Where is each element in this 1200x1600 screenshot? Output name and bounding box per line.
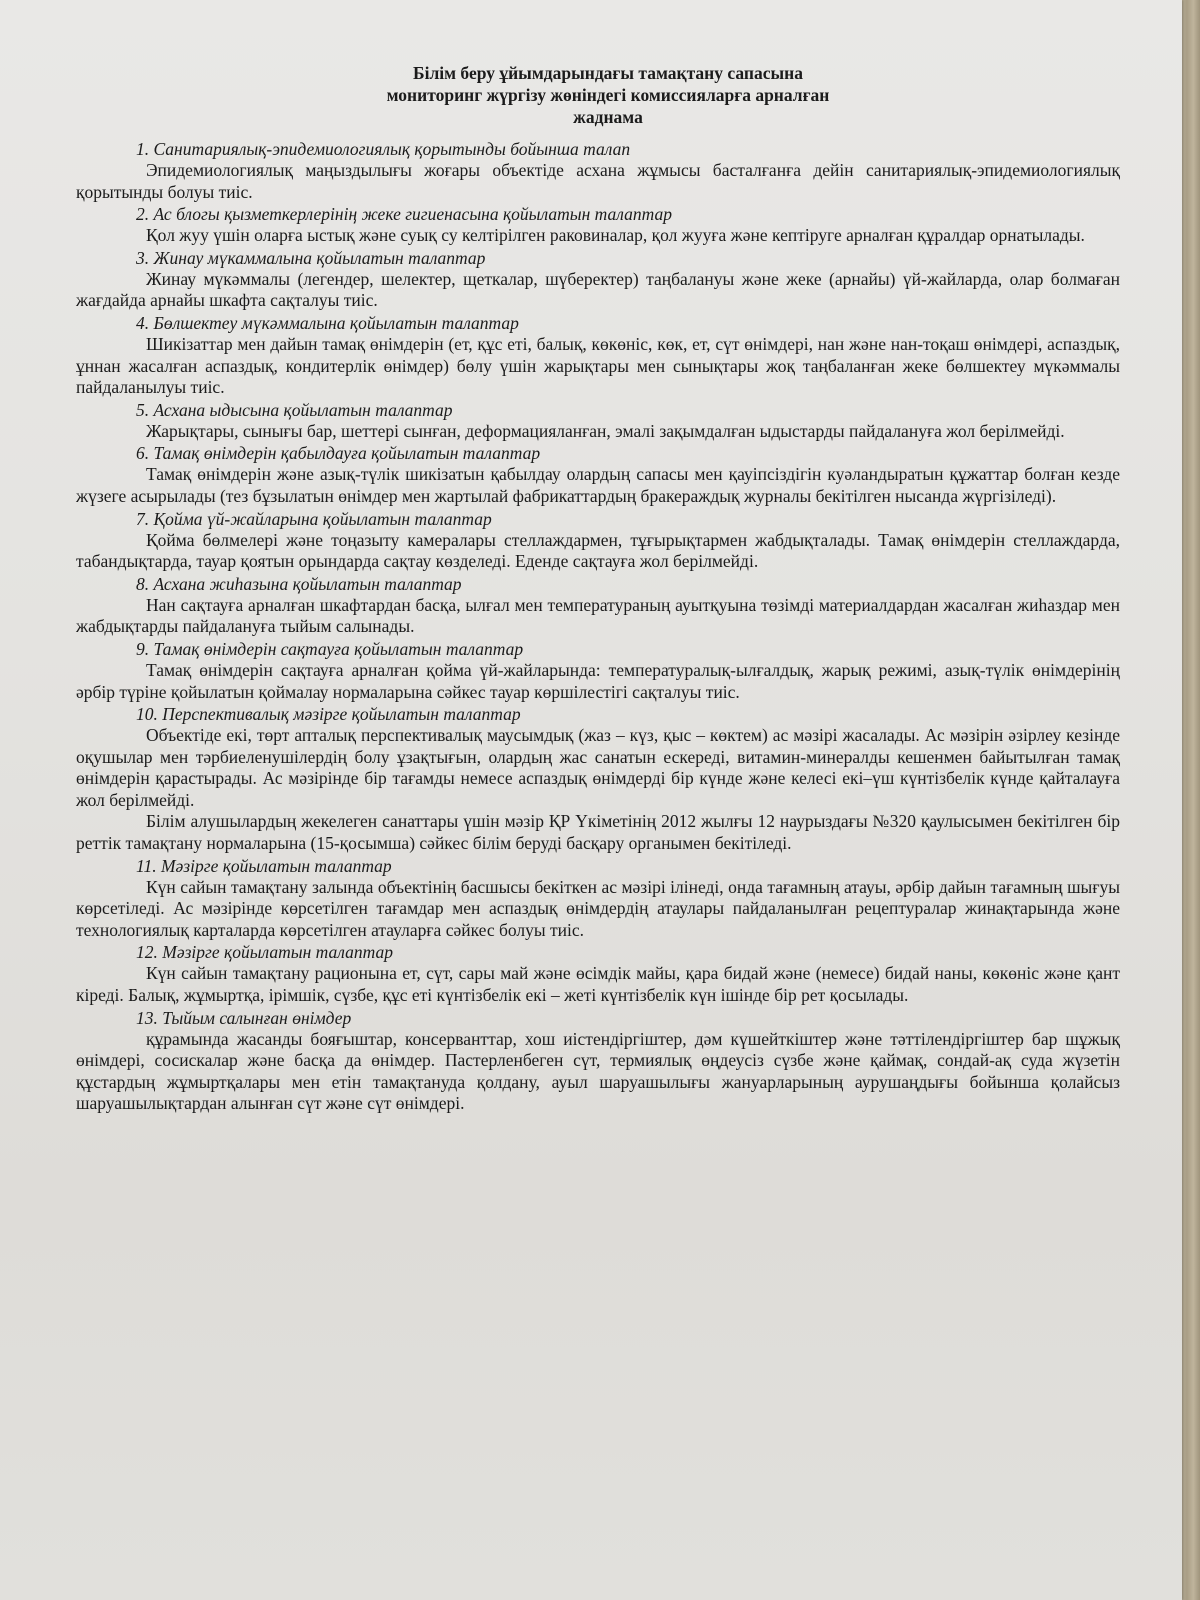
section-heading: 6. Тамақ өнімдерін қабылдауға қойылатын … (76, 442, 1120, 464)
section-11: 11. Мәзірге қойылатын талаптарКүн сайын … (76, 855, 1120, 942)
section-heading: 7. Қойма үй-жайларына қойылатын талаптар (76, 508, 1120, 530)
section-paragraph: Тамақ өнімдерін және азық-түлік шикізаты… (76, 464, 1120, 507)
section-3: 3. Жинау мүкаммалына қойылатын талаптарЖ… (76, 247, 1120, 312)
section-heading: 3. Жинау мүкаммалына қойылатын талаптар (76, 247, 1120, 269)
document-body: Білім беру ұйымдарындағы тамақтану сапас… (76, 62, 1120, 1115)
section-paragraph: Күн сайын тамақтану рационына ет, сүт, с… (76, 963, 1120, 1006)
section-heading: 11. Мәзірге қойылатын талаптар (76, 855, 1120, 877)
section-heading: 1. Санитариялық-эпидемиологиялық қорытын… (76, 138, 1120, 160)
section-6: 6. Тамақ өнімдерін қабылдауға қойылатын … (76, 442, 1120, 507)
document-title: Білім беру ұйымдарындағы тамақтану сапас… (76, 62, 1120, 128)
section-paragraph: Жарықтары, сынығы бар, шеттері сынған, д… (76, 421, 1120, 443)
section-heading: 10. Перспективалық мәзірге қойылатын тал… (76, 703, 1120, 725)
section-heading: 13. Тыйым салынған өнімдер (76, 1007, 1120, 1029)
title-line: жаднама (96, 106, 1120, 128)
section-paragraph: Эпидемиологиялық маңыздылығы жоғары объе… (76, 160, 1120, 203)
section-heading: 5. Асхана ыдысына қойылатын талаптар (76, 399, 1120, 421)
section-9: 9. Тамақ өнімдерін сақтауға қойылатын та… (76, 638, 1120, 703)
section-heading: 8. Асхана жиһазына қойылатын талаптар (76, 573, 1120, 595)
section-12: 12. Мәзірге қойылатын талаптарКүн сайын … (76, 941, 1120, 1006)
section-heading: 12. Мәзірге қойылатын талаптар (76, 941, 1120, 963)
section-paragraph: Нан сақтауға арналған шкафтардан басқа, … (76, 595, 1120, 638)
section-paragraph: Жинау мүкәммалы (легендер, шелектер, щет… (76, 269, 1120, 312)
sections-list: 1. Санитариялық-эпидемиологиялық қорытын… (76, 138, 1120, 1115)
section-heading: 9. Тамақ өнімдерін сақтауға қойылатын та… (76, 638, 1120, 660)
section-4: 4. Бөлшектеу мүкәммалына қойылатын талап… (76, 312, 1120, 399)
section-paragraph: құрамында жасанды бояғыштар, консервантт… (76, 1029, 1120, 1115)
section-paragraph: Білім алушылардың жекелеген санаттары үш… (76, 811, 1120, 854)
section-heading: 2. Ас блогы қызметкерлерінің жеке гигиен… (76, 203, 1120, 225)
section-13: 13. Тыйым салынған өнімдерқұрамында жаса… (76, 1007, 1120, 1115)
section-paragraph: Қол жуу үшін оларға ыстық және суық су к… (76, 225, 1120, 247)
section-8: 8. Асхана жиһазына қойылатын талаптарНан… (76, 573, 1120, 638)
title-line: мониторинг жүргізу жөніндегі комиссиялар… (96, 84, 1120, 106)
section-paragraph: Объектіде екі, төрт апталық перспективал… (76, 725, 1120, 811)
paper-sheet: Білім беру ұйымдарындағы тамақтану сапас… (0, 0, 1182, 1600)
section-heading: 4. Бөлшектеу мүкәммалына қойылатын талап… (76, 312, 1120, 334)
section-paragraph: Қойма бөлмелері және тоңазыту камералары… (76, 530, 1120, 573)
section-5: 5. Асхана ыдысына қойылатын талаптарЖары… (76, 399, 1120, 443)
section-paragraph: Күн сайын тамақтану залында объектінің б… (76, 877, 1120, 942)
title-line: Білім беру ұйымдарындағы тамақтану сапас… (96, 62, 1120, 84)
section-7: 7. Қойма үй-жайларына қойылатын талаптар… (76, 508, 1120, 573)
section-paragraph: Шикізаттар мен дайын тамақ өнімдерін (ет… (76, 334, 1120, 399)
section-2: 2. Ас блогы қызметкерлерінің жеке гигиен… (76, 203, 1120, 247)
section-10: 10. Перспективалық мәзірге қойылатын тал… (76, 703, 1120, 855)
section-paragraph: Тамақ өнімдерін сақтауға арналған қойма … (76, 660, 1120, 703)
section-1: 1. Санитариялық-эпидемиологиялық қорытын… (76, 138, 1120, 203)
